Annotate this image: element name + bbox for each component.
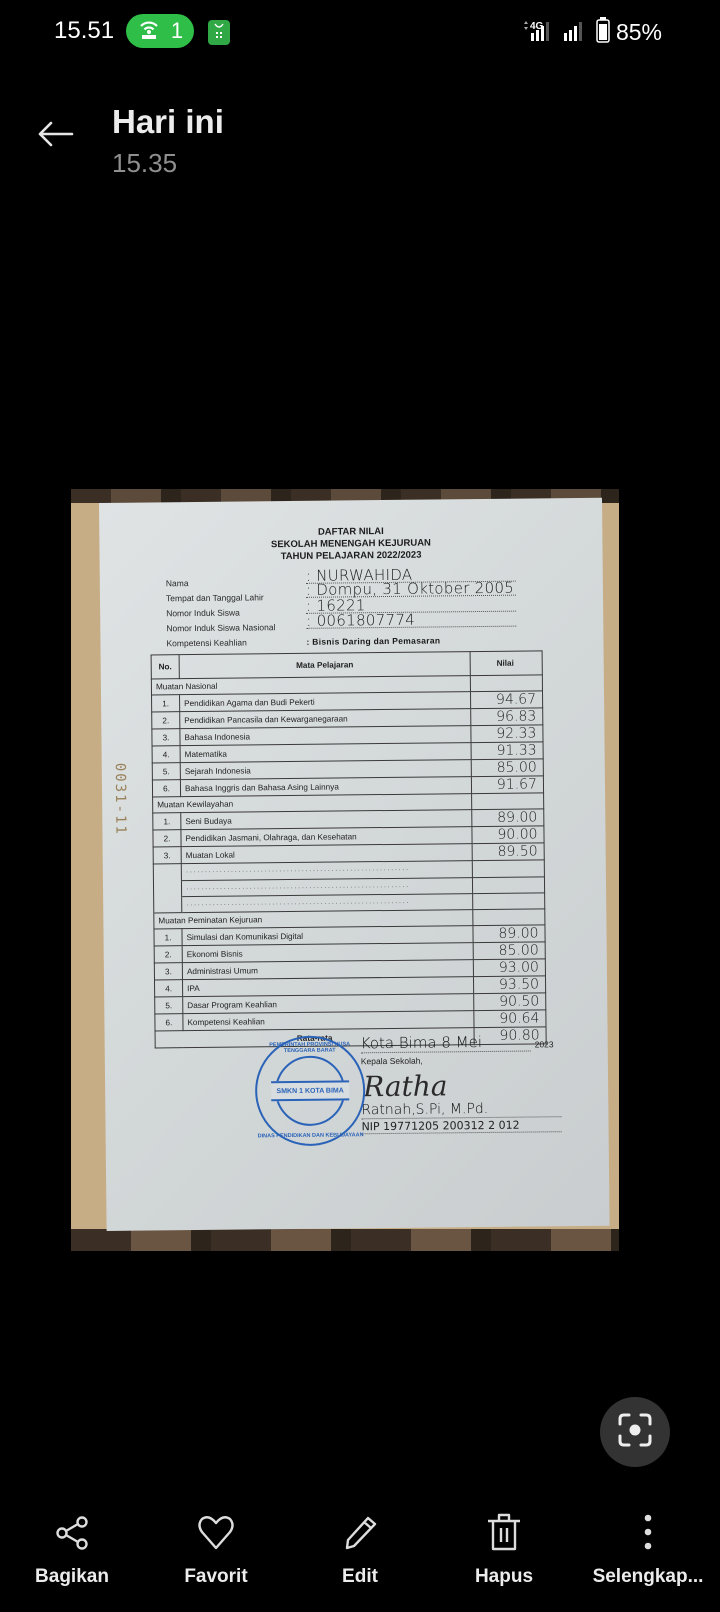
grade-value: 93.50	[473, 976, 545, 994]
signal-4g-icon: 4G	[522, 18, 556, 47]
favorite-button[interactable]: Favorit	[144, 1510, 288, 1600]
more-options-label: Selengkap...	[593, 1566, 704, 1588]
row-number: 3.	[154, 963, 182, 980]
stamp-ring-bottom: DINAS PENDIDIKAN DAN KEBUDAYAAN	[258, 1132, 364, 1139]
arrow-left-icon	[36, 120, 74, 153]
hotspot-count: 1	[171, 18, 183, 44]
row-number: 1.	[153, 813, 181, 830]
row-number: 1.	[152, 695, 180, 712]
back-button[interactable]	[30, 116, 80, 156]
grade-value: 89.50	[472, 843, 544, 861]
row-number: 2.	[154, 946, 182, 963]
share-label: Bagikan	[35, 1566, 109, 1588]
signal-icon	[562, 18, 590, 47]
hotspot-icon	[137, 18, 161, 45]
row-number: 6.	[152, 780, 180, 797]
header-title: Hari ini	[112, 103, 224, 141]
row-number: 4.	[152, 746, 180, 763]
grade-sheet-document: 0031-11 DAFTAR NILAI SEKOLAH MENENGAH KE…	[99, 498, 610, 1231]
blank-cell	[153, 864, 181, 880]
delete-label: Hapus	[475, 1566, 533, 1588]
ident-label: Nomor Induk Siswa Nasional	[166, 622, 275, 633]
grades-body: Muatan Nasional1.Pendidikan Agama dan Bu…	[151, 675, 546, 1048]
bottom-action-bar: Bagikan Favorit Edit Hapus Selengkap...	[0, 1510, 720, 1600]
row-number: 6.	[155, 1014, 183, 1031]
row-number: 5.	[155, 997, 183, 1014]
serial-number-stamp: 0031-11	[112, 763, 129, 836]
blank-cell	[472, 860, 544, 877]
share-icon	[53, 1510, 91, 1552]
grade-value: 89.00	[473, 925, 545, 943]
more-options-button[interactable]: Selengkap...	[576, 1510, 720, 1600]
stamp-ring-top: PEMERINTAH PROVINSI NUSA TENGGARA BARAT	[257, 1041, 363, 1054]
pencil-icon	[341, 1510, 379, 1552]
more-vertical-icon	[642, 1510, 654, 1552]
edit-label: Edit	[342, 1566, 378, 1588]
trash-icon	[485, 1510, 523, 1552]
col-header-no: No.	[151, 655, 179, 679]
grade-value: 94.67	[470, 691, 542, 709]
blank-cell	[473, 893, 545, 910]
grade-value: 90.64	[474, 1010, 546, 1028]
app-notification-icon	[208, 20, 230, 45]
grade-value: 96.83	[471, 708, 543, 726]
grade-value: 92.33	[471, 725, 543, 743]
blank-cell	[153, 880, 181, 896]
edit-button[interactable]: Edit	[288, 1510, 432, 1600]
place-date: Kota Bima 8 Mei	[361, 1033, 531, 1054]
status-time: 15.51	[54, 17, 114, 45]
grade-value: 93.00	[473, 959, 545, 977]
group-grade-empty	[473, 909, 545, 926]
row-number: 2.	[153, 830, 181, 847]
status-bar: 15.51 1 4G 85%	[0, 0, 720, 66]
grade-value: 85.00	[471, 759, 543, 777]
ident-label: Nomor Induk Siswa	[166, 608, 240, 619]
ident-label: Nama	[166, 578, 189, 588]
scan-lens-button[interactable]	[600, 1397, 670, 1467]
blank-cell	[472, 876, 544, 893]
stamp-center: SMKN 1 KOTA BIMA	[271, 1080, 349, 1101]
row-number: 3.	[152, 729, 180, 746]
group-grade-empty	[470, 675, 542, 692]
grade-value: 85.00	[473, 942, 545, 960]
row-number: 3.	[153, 847, 181, 864]
ident-label: Tempat dan Tanggal Lahir	[166, 592, 264, 603]
col-header-grade: Nilai	[470, 651, 542, 676]
signature: Ratha	[363, 1069, 448, 1103]
col-header-subject: Mata Pelajaran	[179, 652, 470, 679]
grade-value: 89.00	[472, 809, 544, 827]
row-number: 2.	[152, 712, 180, 729]
scan-lens-icon	[616, 1411, 654, 1454]
grade-value: 90.00	[472, 826, 544, 844]
student-major: : Bisnis Daring dan Pemasaran	[306, 633, 516, 649]
grade-value: 90.50	[474, 993, 546, 1011]
ident-label: Kompetensi Keahlian	[166, 637, 246, 648]
row-number: 4.	[154, 980, 182, 997]
grade-value: 91.33	[471, 742, 543, 760]
battery-percent: 85%	[616, 19, 662, 46]
battery-icon	[596, 17, 610, 48]
photo-viewer-image[interactable]: 0031-11 DAFTAR NILAI SEKOLAH MENENGAH KE…	[71, 489, 619, 1251]
wood-background	[71, 1229, 619, 1251]
row-number: 5.	[152, 763, 180, 780]
header-time: 15.35	[112, 148, 177, 179]
principal-nip: NIP 19771205 200312 2 012	[361, 1118, 561, 1134]
principal-label: Kepala Sekolah,	[361, 1056, 423, 1067]
favorite-label: Favorit	[184, 1566, 247, 1588]
principal-name: Ratnah,S.Pi, M.Pd.	[361, 1100, 561, 1119]
group-grade-empty	[472, 793, 544, 810]
place-year: 2023	[535, 1039, 554, 1049]
student-nisn: : 0061807774	[306, 612, 516, 629]
share-button[interactable]: Bagikan	[0, 1510, 144, 1600]
hotspot-indicator[interactable]: 1	[126, 14, 194, 48]
grade-value: 91.67	[471, 776, 543, 794]
delete-button[interactable]: Hapus	[432, 1510, 576, 1600]
status-indicators: 4G 85%	[522, 17, 662, 48]
school-stamp: PEMERINTAH PROVINSI NUSA TENGGARA BARAT …	[255, 1035, 366, 1146]
student-birth: : Dompu, 31 Oktober 2005	[306, 581, 516, 598]
heart-icon	[196, 1510, 236, 1552]
blank-cell	[154, 896, 182, 912]
row-number: 1.	[154, 929, 182, 946]
grades-table: No. Mata Pelajaran Nilai Muatan Nasional…	[151, 650, 547, 1048]
